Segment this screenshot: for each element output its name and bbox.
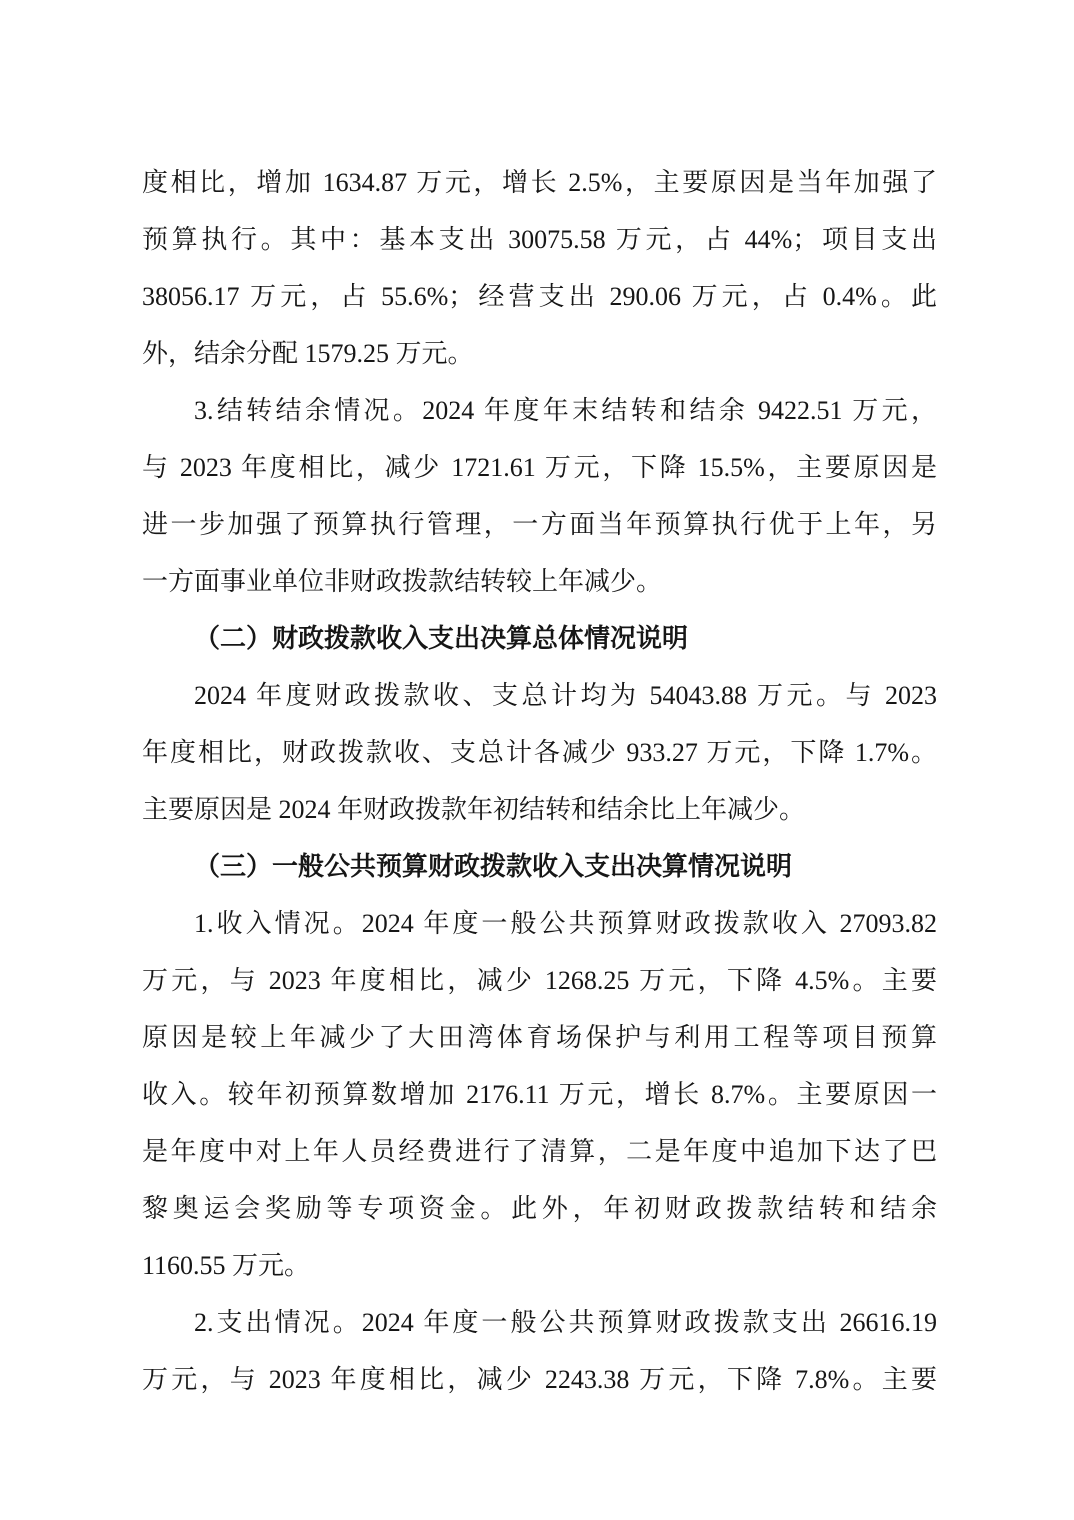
text-line: 原因是较上年减少了大田湾体育场保护与利用工程等项目预算 (142, 1009, 937, 1066)
text-line: （二）财政拨款收入支出决算总体情况说明 (142, 610, 937, 667)
text-line: 一方面事业单位非财政拨款结转较上年减少。 (142, 553, 937, 610)
text-line: 2024 年度财政拨款收、支总计均为 54043.88 万元。与 2023 (142, 667, 937, 724)
text-column: 度相比，增加 1634.87 万元，增长 2.5%，主要原因是当年加强了预算执行… (142, 154, 937, 1408)
text-line: 主要原因是 2024 年财政拨款年初结转和结余比上年减少。 (142, 781, 937, 838)
text-line: 38056.17 万元，占 55.6%；经营支出 290.06 万元，占 0.4… (142, 268, 937, 325)
heading-section-two-fiscal-allocation-overview: （二）财政拨款收入支出决算总体情况说明 (142, 610, 937, 667)
paragraph-fiscal-allocation-total: 2024 年度财政拨款收、支总计均为 54043.88 万元。与 2023年度相… (142, 667, 937, 838)
text-line: 与 2023 年度相比，减少 1721.61 万元，下降 15.5%，主要原因是 (142, 439, 937, 496)
text-line: 2.支出情况。2024 年度一般公共预算财政拨款支出 26616.19 (142, 1294, 937, 1351)
text-line: 黎奥运会奖励等专项资金。此外，年初财政拨款结转和结余 (142, 1180, 937, 1237)
paragraph-expenditure-situation: 2.支出情况。2024 年度一般公共预算财政拨款支出 26616.19万元，与 … (142, 1294, 937, 1408)
heading-section-three-general-public-budget: （三）一般公共预算财政拨款收入支出决算情况说明 (142, 838, 937, 895)
text-line: 1160.55 万元。 (142, 1237, 937, 1294)
text-line: 年度相比，财政拨款收、支总计各减少 933.27 万元，下降 1.7%。 (142, 724, 937, 781)
text-line: 万元，与 2023 年度相比，减少 2243.38 万元，下降 7.8%。主要 (142, 1351, 937, 1408)
paragraph-carryover-surplus: 3.结转结余情况。2024 年度年末结转和结余 9422.51 万元，与 202… (142, 382, 937, 610)
paragraph-income-situation: 1.收入情况。2024 年度一般公共预算财政拨款收入 27093.82万元，与 … (142, 895, 937, 1294)
text-line: 度相比，增加 1634.87 万元，增长 2.5%，主要原因是当年加强了 (142, 154, 937, 211)
text-line: 预算执行。其中：基本支出 30075.58 万元，占 44%；项目支出 (142, 211, 937, 268)
text-line: 进一步加强了预算执行管理，一方面当年预算执行优于上年，另 (142, 496, 937, 553)
paragraph-expenditure-breakdown-continuation: 度相比，增加 1634.87 万元，增长 2.5%，主要原因是当年加强了预算执行… (142, 154, 937, 382)
text-line: 万元，与 2023 年度相比，减少 1268.25 万元，下降 4.5%。主要 (142, 952, 937, 1009)
text-line: 1.收入情况。2024 年度一般公共预算财政拨款收入 27093.82 (142, 895, 937, 952)
text-line: 3.结转结余情况。2024 年度年末结转和结余 9422.51 万元， (142, 382, 937, 439)
document-page: 度相比，增加 1634.87 万元，增长 2.5%，主要原因是当年加强了预算执行… (0, 0, 1074, 1520)
text-line: 外，结余分配 1579.25 万元。 (142, 325, 937, 382)
text-line: 是年度中对上年人员经费进行了清算，二是年度中追加下达了巴 (142, 1123, 937, 1180)
text-line: （三）一般公共预算财政拨款收入支出决算情况说明 (142, 838, 937, 895)
text-line: 收入。较年初预算数增加 2176.11 万元，增长 8.7%。主要原因一 (142, 1066, 937, 1123)
